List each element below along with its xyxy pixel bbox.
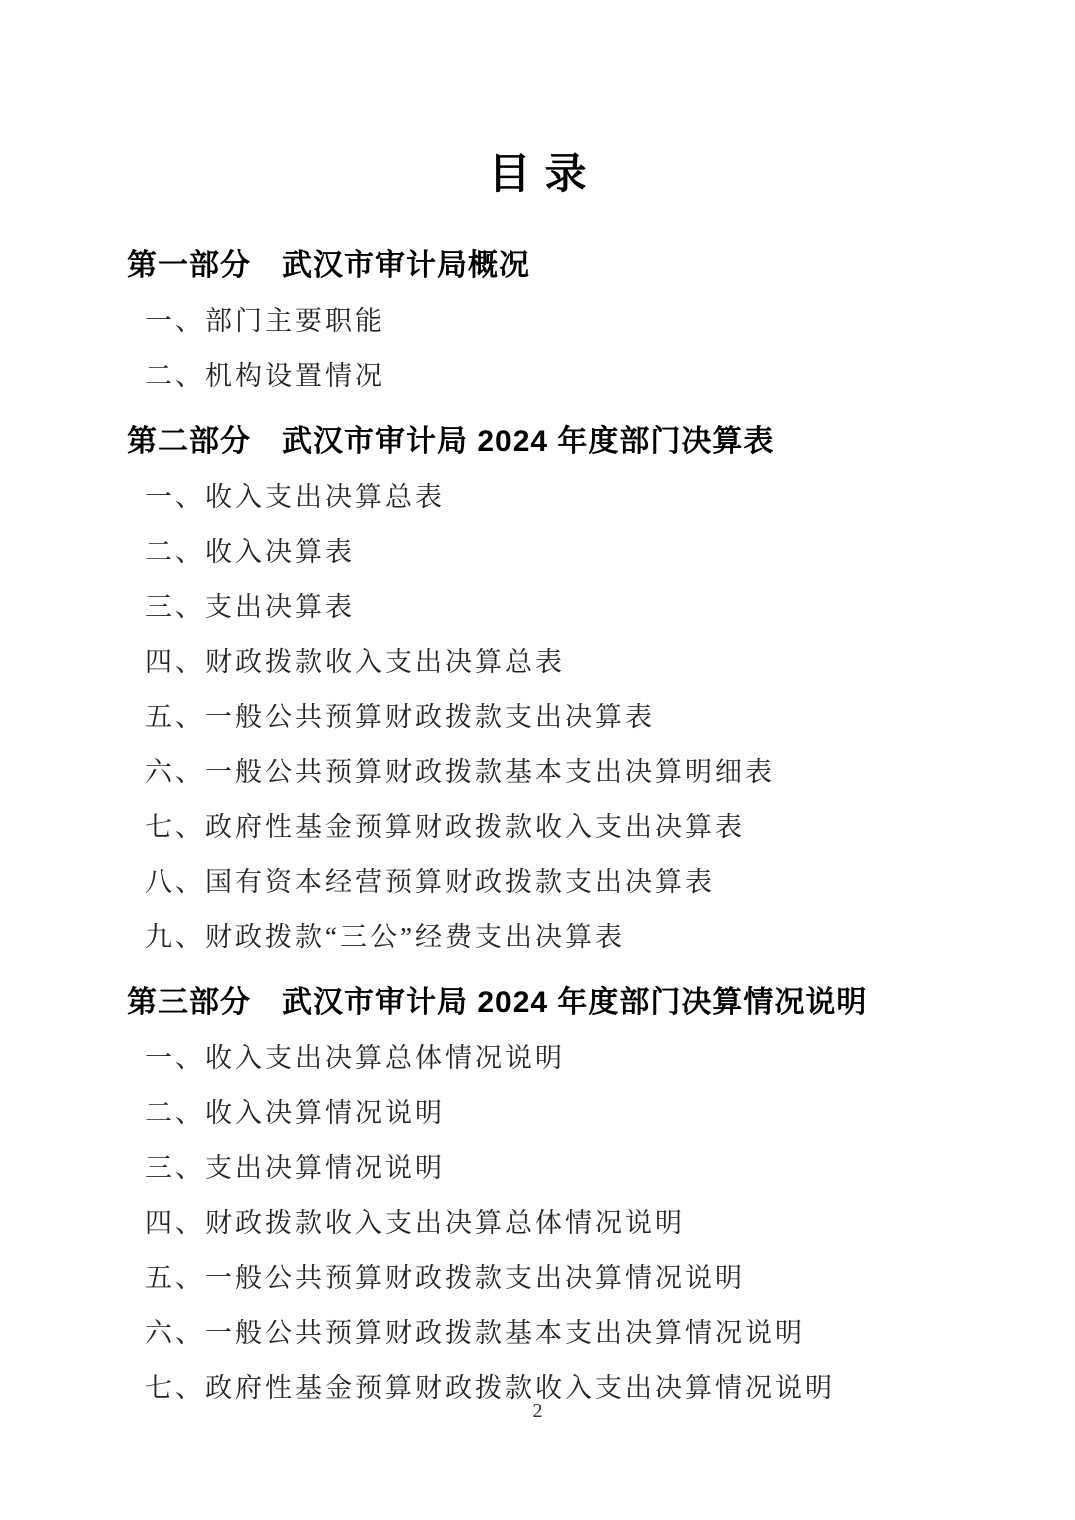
toc-item: 一、收入支出决算总表 [145,470,1015,525]
toc-item: 四、财政拨款收入支出决算总体情况说明 [145,1196,1015,1251]
toc-item: 八、国有资本经营预算财政拨款支出决算表 [145,855,1015,910]
toc-item: 九、财政拨款“三公”经费支出决算表 [145,910,1015,965]
toc-item: 六、一般公共预算财政拨款基本支出决算明细表 [145,745,1015,800]
toc-item: 一、部门主要职能 [145,294,1015,349]
toc-list-part1: 一、部门主要职能 二、机构设置情况 [145,294,1015,404]
toc-item: 三、支出决算表 [145,580,1015,635]
toc-item: 二、收入决算情况说明 [145,1086,1015,1141]
section-heading-part1: 第一部分 武汉市审计局概况 [127,246,1015,286]
page-number: 2 [0,1400,1075,1423]
toc-item: 五、一般公共预算财政拨款支出决算表 [145,690,1015,745]
section-heading-part2: 第二部分 武汉市审计局 2024 年度部门决算表 [127,422,1015,462]
toc-item: 六、一般公共预算财政拨款基本支出决算情况说明 [145,1306,1015,1361]
toc-list-part3: 一、收入支出决算总体情况说明 二、收入决算情况说明 三、支出决算情况说明 四、财… [145,1031,1015,1416]
toc-item: 一、收入支出决算总体情况说明 [145,1031,1015,1086]
section-heading-part3: 第三部分 武汉市审计局 2024 年度部门决算情况说明 [127,983,1015,1023]
page-title: 目录 [0,0,1075,200]
toc-item: 七、政府性基金预算财政拨款收入支出决算表 [145,800,1015,855]
toc-item: 四、财政拨款收入支出决算总表 [145,635,1015,690]
toc-item: 五、一般公共预算财政拨款支出决算情况说明 [145,1251,1015,1306]
toc-item: 二、机构设置情况 [145,349,1015,404]
toc-list-part2: 一、收入支出决算总表 二、收入决算表 三、支出决算表 四、财政拨款收入支出决算总… [145,470,1015,965]
toc-item: 二、收入决算表 [145,525,1015,580]
document-page: 目录 第一部分 武汉市审计局概况 一、部门主要职能 二、机构设置情况 第二部分 … [0,0,1075,1520]
toc-item: 三、支出决算情况说明 [145,1141,1015,1196]
